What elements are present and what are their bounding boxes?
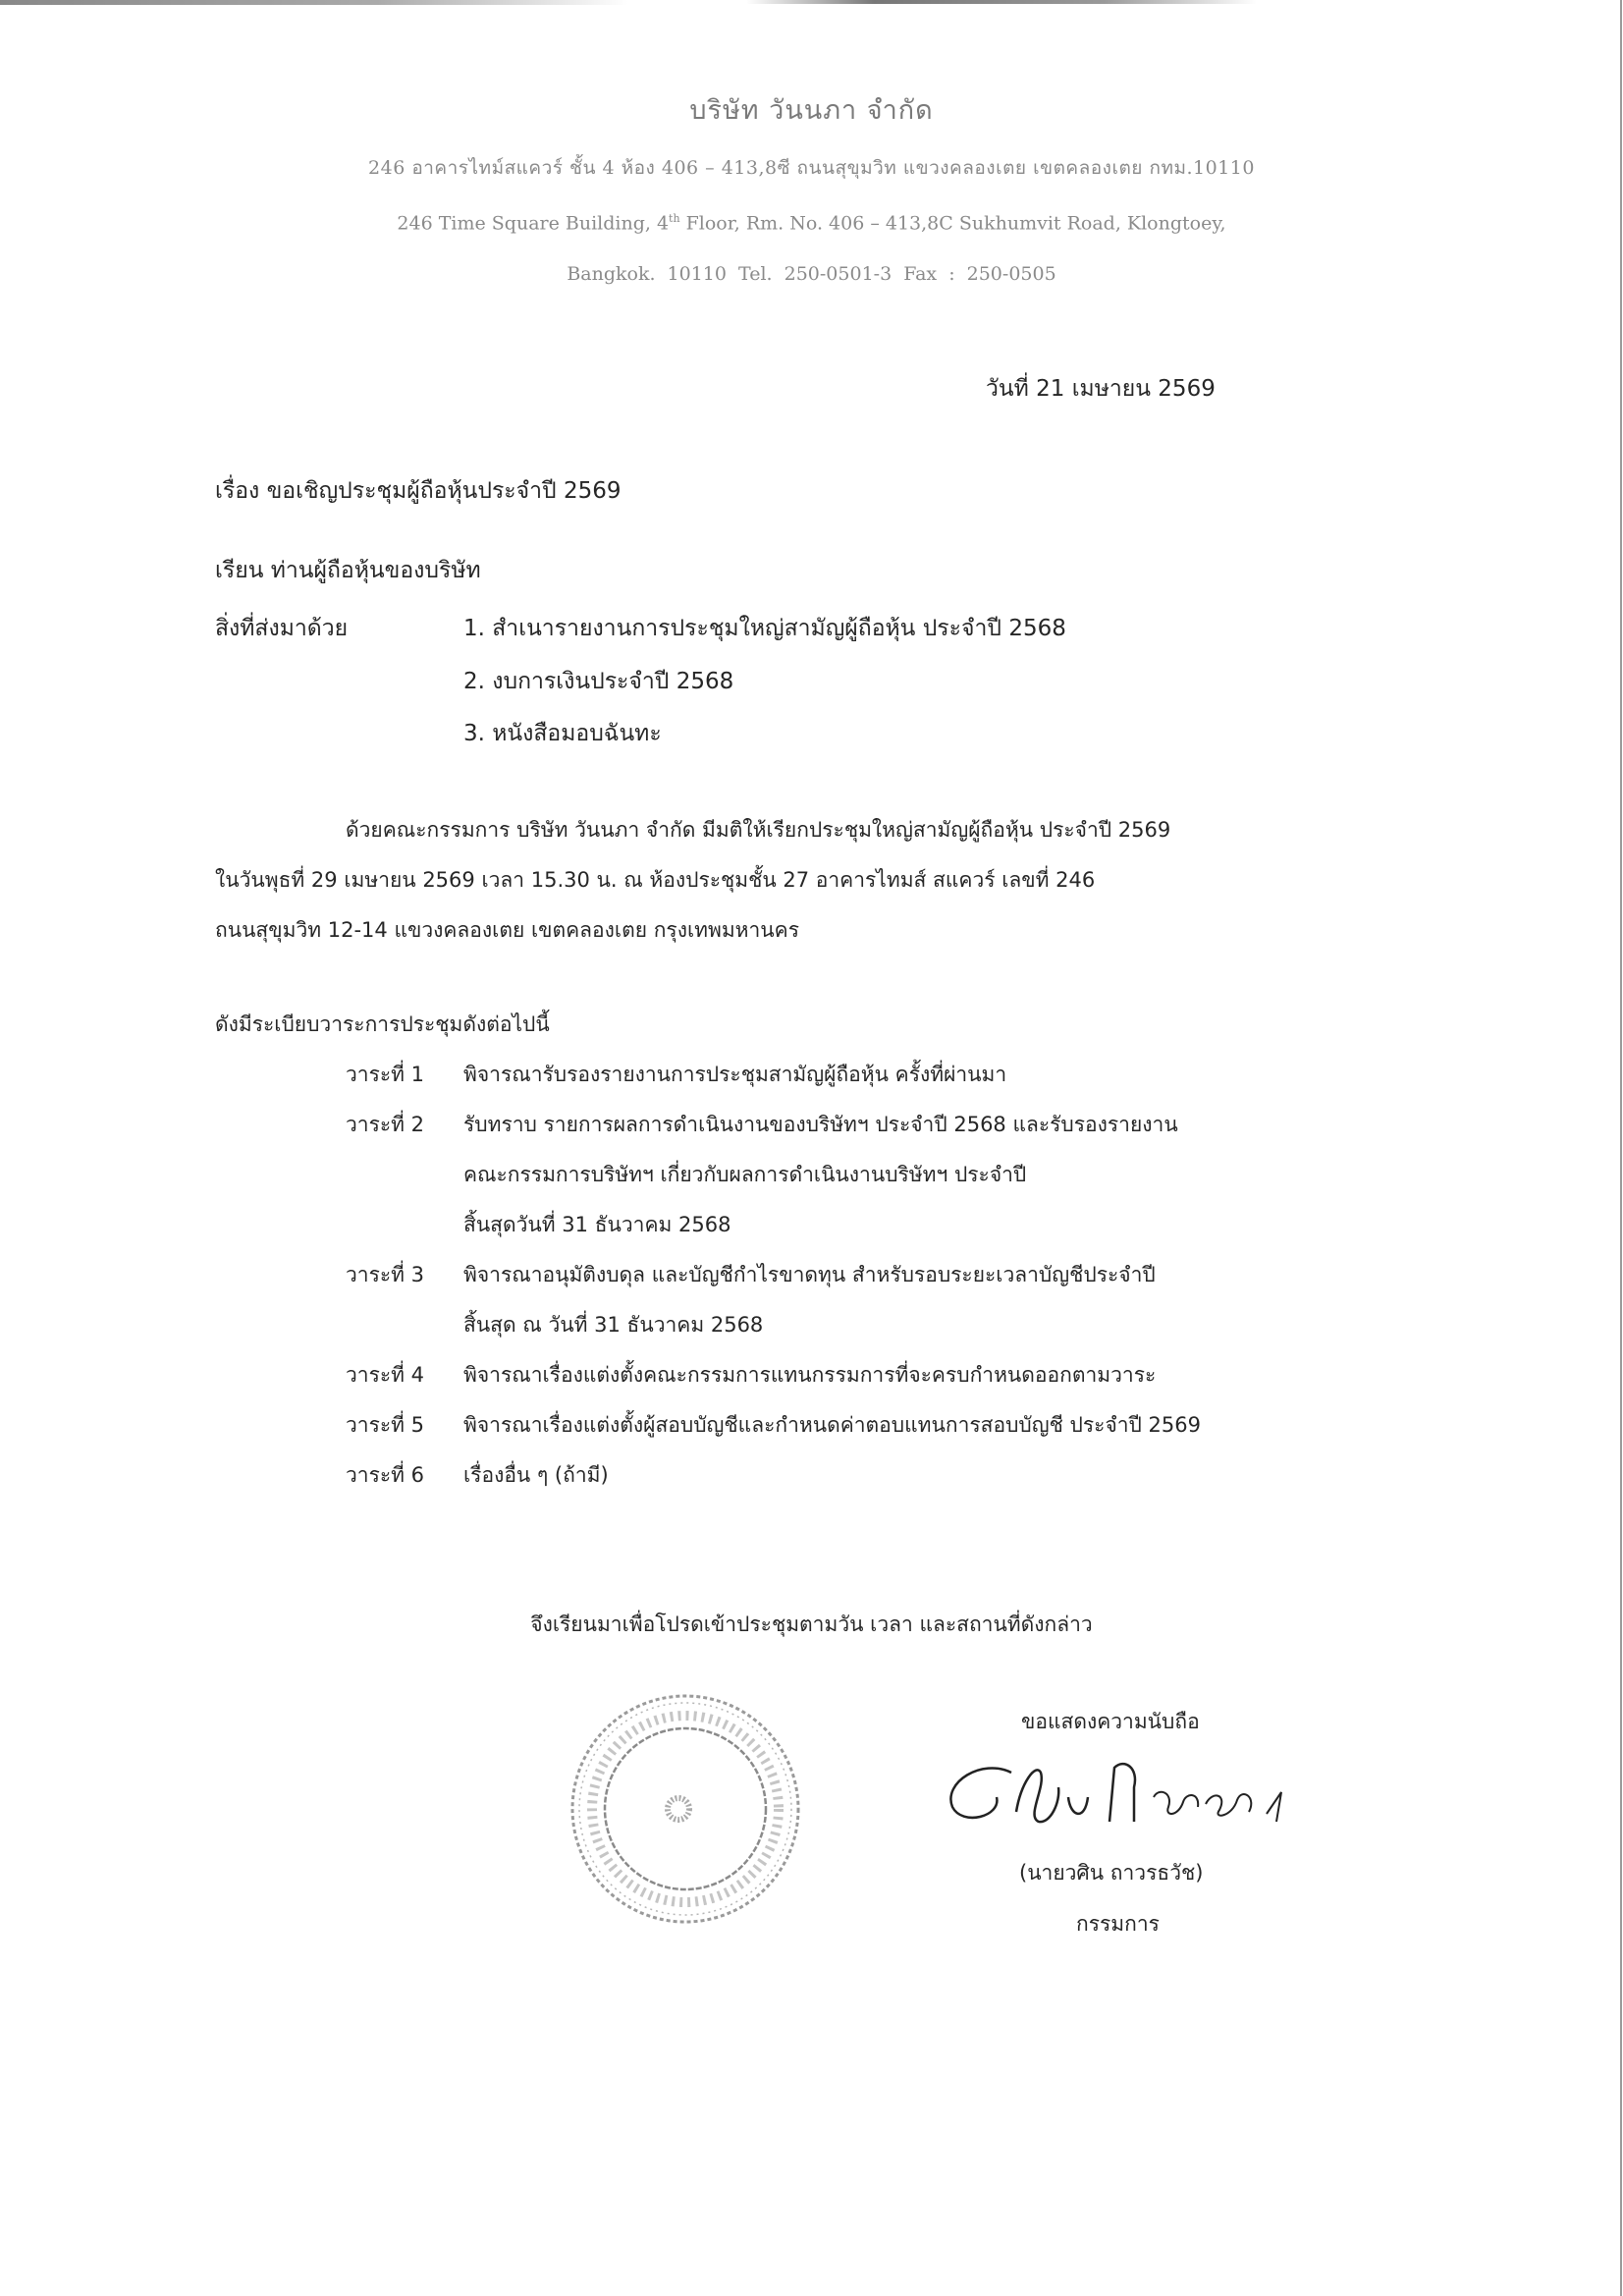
agenda-text: รับทราบ รายการผลการดำเนินงานของบริษัทฯ ป… (463, 1109, 1178, 1141)
contact-line: Bangkok. 10110 Tel. 250-0501-3 Fax : 250… (0, 263, 1623, 285)
agenda-text: คณะกรรมการบริษัทฯ เกี่ยวกับผลการดำเนินงา… (463, 1159, 1026, 1191)
scan-edge-shadow (746, 0, 1257, 4)
agenda-text: สิ้นสุดวันที่ 31 ธันวาคม 2568 (463, 1209, 730, 1241)
scan-edge-line (1620, 0, 1622, 2296)
agenda-text: สิ้นสุด ณ วันที่ 31 ธันวาคม 2568 (463, 1309, 763, 1341)
letter-subject: เรื่อง ขอเชิญประชุมผู้ถือหุ้นประจำปี 256… (215, 473, 622, 509)
paragraph-line: ในวันพุธที่ 29 เมษายน 2569 เวลา 15.30 น.… (215, 864, 1095, 897)
enclosures-label: สิ่งที่ส่งมาด้วย (215, 611, 348, 646)
agenda-label: วาระที่ 1 (346, 1059, 424, 1091)
address-en-part: 246 Time Square Building, 4 (397, 212, 669, 234)
agenda-text: พิจารณารับรองรายงานการประชุมสามัญผู้ถือห… (463, 1059, 1006, 1091)
paragraph-line: ถนนสุขุมวิท 12-14 แขวงคลองเตย เขตคลองเตย… (215, 914, 799, 947)
agenda-text: พิจารณาเรื่องแต่งตั้งผู้สอบบัญชีและกำหนด… (463, 1409, 1201, 1442)
enclosure-item: 3. หนังสือมอบฉันทะ (463, 716, 662, 751)
address-english: 246 Time Square Building, 4th Floor, Rm.… (0, 212, 1623, 234)
address-en-part: Floor, Rm. No. 406 – 413,8C Sukhumvit Ro… (680, 212, 1226, 234)
agenda-label: วาระที่ 3 (346, 1259, 424, 1291)
address-thai: 246 อาคารไทม์สแควร์ ชั้น 4 ห้อง 406 – 41… (0, 153, 1623, 183)
company-seal-icon (568, 1691, 803, 1927)
signature-icon (943, 1743, 1335, 1841)
agenda-label: วาระที่ 6 (346, 1459, 424, 1492)
scan-edge-shadow (0, 0, 628, 5)
agenda-label: วาระที่ 4 (346, 1359, 424, 1392)
letter-salutation: เรียน ท่านผู้ถือหุ้นของบริษัท (215, 553, 481, 588)
address-en-superscript: th (669, 212, 680, 225)
closing-line: จึงเรียนมาเพื่อโปรดเข้าประชุมตามวัน เวลา… (0, 1609, 1623, 1641)
agenda-label: วาระที่ 2 (346, 1109, 424, 1141)
agenda-text: พิจารณาเรื่องแต่งตั้งคณะกรรมการแทนกรรมกา… (463, 1359, 1156, 1392)
agenda-intro: ดังมีระเบียบวาระการประชุมดังต่อไปนี้ (215, 1009, 550, 1041)
letter-date: วันที่ 21 เมษายน 2569 (986, 371, 1216, 407)
enclosure-item: 1. สำเนารายงานการประชุมใหญ่สามัญผู้ถือหุ… (463, 611, 1066, 646)
enclosure-item: 2. งบการเงินประจำปี 2568 (463, 664, 733, 699)
paragraph-line: ด้วยคณะกรรมการ บริษัท วันนภา จำกัด มีมติ… (346, 814, 1170, 847)
agenda-label: วาระที่ 5 (346, 1409, 424, 1442)
agenda-text: เรื่องอื่น ๆ (ถ้ามี) (463, 1459, 609, 1492)
agenda-text: พิจารณาอนุมัติงบดุล และบัญชีกำไรขาดทุน ส… (463, 1259, 1156, 1291)
regards-line: ขอแสดงความนับถือ (1021, 1706, 1200, 1738)
signer-position: กรรมการ (1076, 1908, 1160, 1941)
company-name: บริษัท วันนภา จำกัด (0, 88, 1623, 131)
signer-name: (นายวศิน ถาวรธวัช) (1019, 1857, 1203, 1889)
